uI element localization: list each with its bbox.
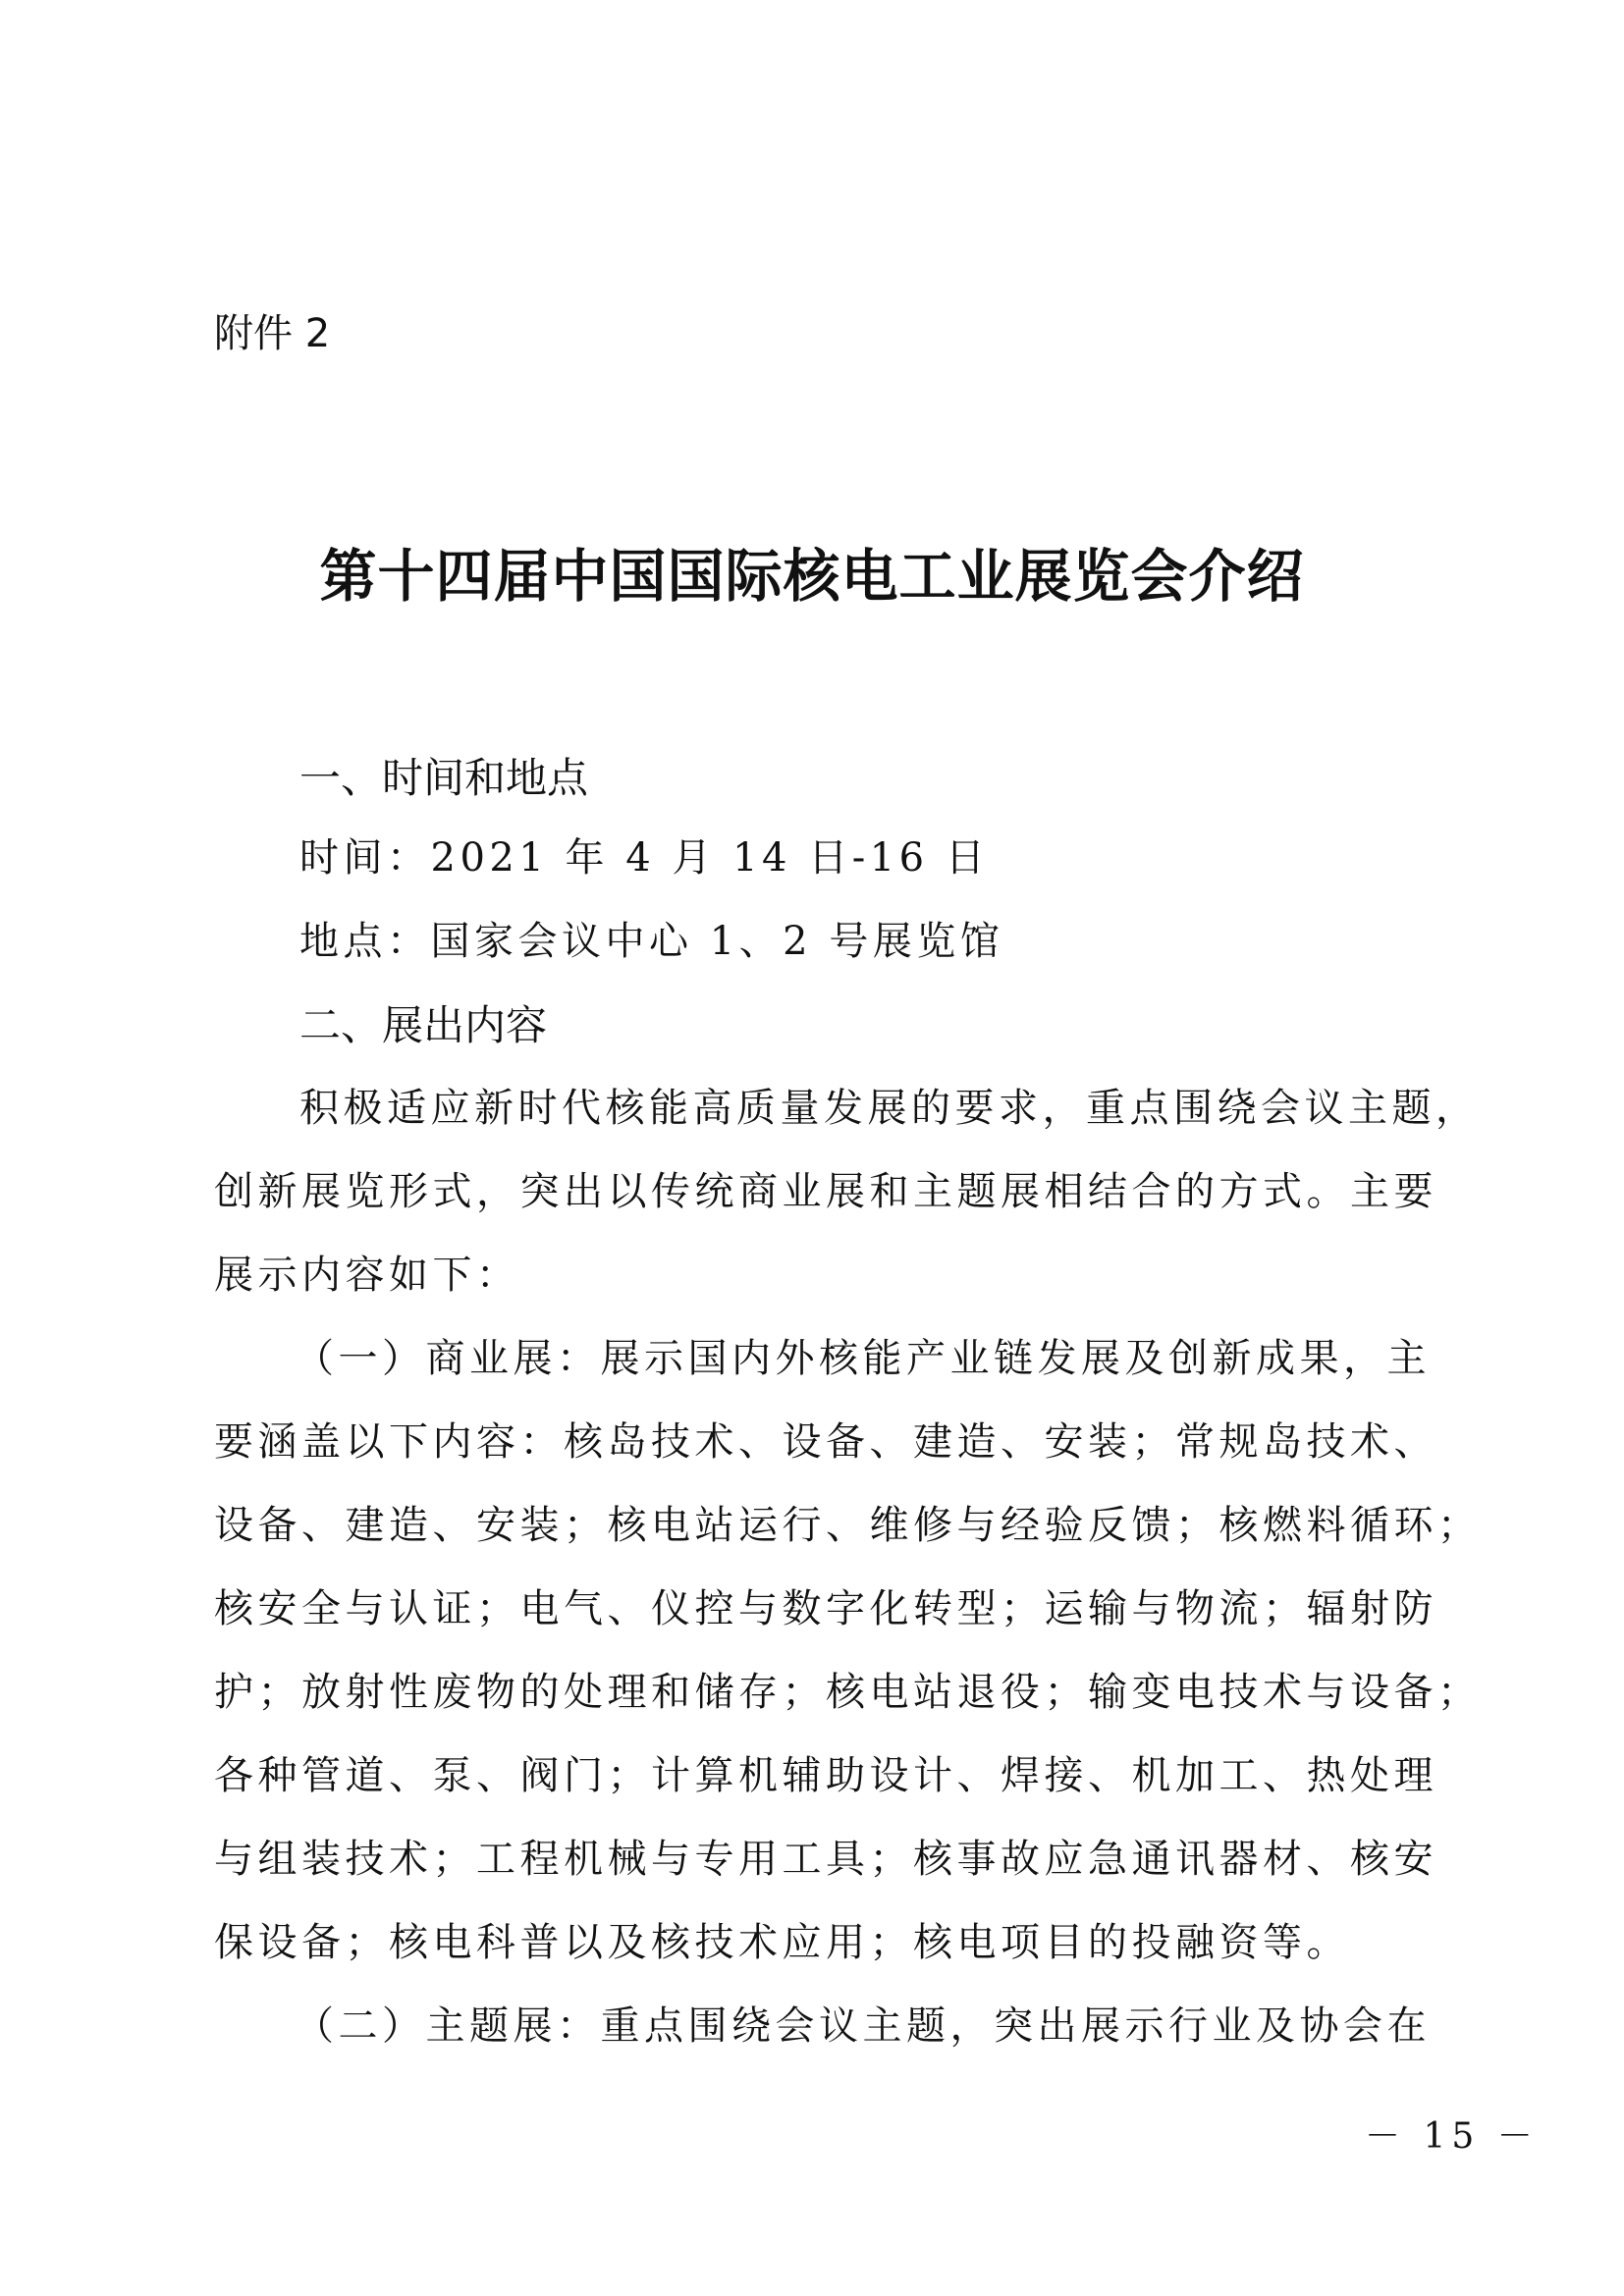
paragraph-line: 护；放射性废物的处理和储存；核电站退役；输变电技术与设备； <box>214 1661 1482 1717</box>
section-heading-time-place: 一、时间和地点 <box>299 746 588 805</box>
section-heading-exhibits: 二、展出内容 <box>299 993 547 1052</box>
paragraph-line: 保设备；核电科普以及核技术应用；核电项目的投融资等。 <box>214 1911 1350 1967</box>
place-line: 地点：国家会议中心 1、2 号展览馆 <box>299 910 1003 966</box>
paragraph-line: （一）商业展：展示国内外核能产业链发展及创新成果，主 <box>295 1327 1431 1383</box>
paragraph-line: 与组装技术；工程机械与专用工具；核事故应急通讯器材、核安 <box>214 1828 1437 1884</box>
page-number: － 15 － <box>1365 2109 1539 2159</box>
paragraph-line: 核安全与认证；电气、仪控与数字化转型；运输与物流；辐射防 <box>214 1577 1437 1633</box>
document-title: 第十四届中国国际核电工业展览会介绍 <box>0 530 1624 613</box>
paragraph-line: （二）主题展：重点围绕会议主题，突出展示行业及协会在 <box>295 1995 1431 2051</box>
time-line: 时间：2021 年 4 月 14 日-16 日 <box>299 827 989 882</box>
paragraph-line: 积极适应新时代核能高质量发展的要求，重点围绕会议主题， <box>299 1077 1480 1133</box>
paragraph-line: 要涵盖以下内容：核岛技术、设备、建造、安装；常规岛技术、 <box>214 1411 1437 1467</box>
paragraph-line: 各种管道、泵、阀门；计算机辅助设计、焊接、机加工、热处理 <box>214 1744 1437 1800</box>
paragraph-line: 展示内容如下： <box>214 1244 520 1300</box>
paragraph-line: 创新展览形式，突出以传统商业展和主题展相结合的方式。主要 <box>214 1160 1437 1216</box>
attachment-label: 附件 2 <box>214 302 330 358</box>
paragraph-line: 设备、建造、安装；核电站运行、维修与经验反馈；核燃料循环； <box>214 1494 1482 1550</box>
